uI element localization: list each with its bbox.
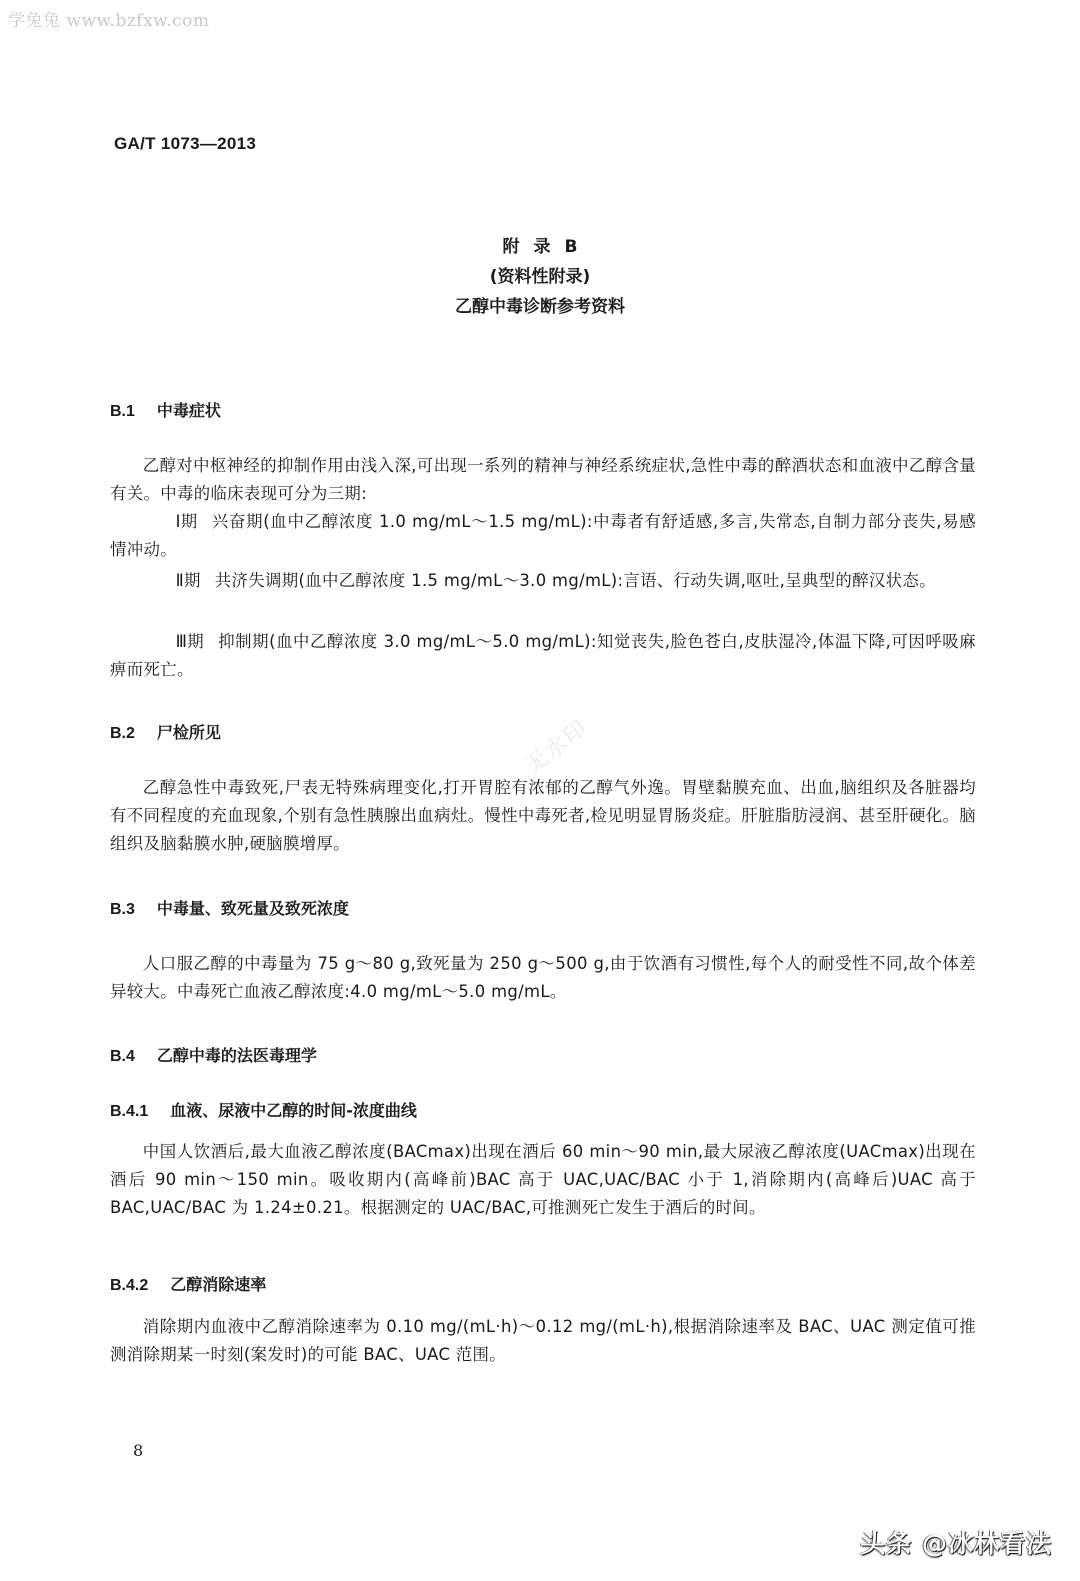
paragraph-stage-3: Ⅲ期抑制期(血中乙醇浓度 3.0 mg/mL～5.0 mg/mL):知觉丧失,脸… — [110, 628, 976, 684]
paragraph-b3: 人口服乙醇的中毒量为 75 g～80 g,致死量为 250 g～500 g,由于… — [110, 950, 976, 1006]
appendix-heading: 附录B (资料性附录) 乙醇中毒诊断参考资料 — [0, 232, 1080, 322]
section-heading-b4-1: B.4.1血液、尿液中乙醇的时间-浓度曲线 — [110, 1098, 417, 1121]
section-number: B.4.2 — [110, 1277, 148, 1295]
section-title: 尸检所见 — [157, 723, 221, 742]
center-watermark: 无水印 — [518, 711, 594, 780]
paragraph-b2: 乙醇急性中毒致死,尸表无特殊病理变化,打开胃腔有浓郁的乙醇气外逸。胃壁黏膜充血、… — [110, 774, 976, 858]
stage-text: 兴奋期(血中乙醇浓度 1.0 mg/mL～1.5 mg/mL):中毒者有舒适感,… — [110, 512, 976, 559]
section-title: 中毒量、致死量及致死浓度 — [157, 899, 349, 918]
paragraph-b1-intro: 乙醇对中枢神经的抑制作用由浅入深,可出现一系列的精神与神经系统症状,急性中毒的醉… — [110, 452, 976, 508]
section-number: B.4.1 — [110, 1103, 148, 1121]
section-heading-b4-2: B.4.2乙醇消除速率 — [110, 1272, 266, 1295]
section-heading-b3: B.3中毒量、致死量及致死浓度 — [110, 896, 349, 919]
section-heading-b4: B.4乙醇中毒的法医毒理学 — [110, 1043, 317, 1066]
paragraph-stage-2: Ⅱ期共济失调期(血中乙醇浓度 1.5 mg/mL～3.0 mg/mL):言语、行… — [110, 567, 976, 595]
section-title: 乙醇中毒的法医毒理学 — [157, 1046, 317, 1065]
appendix-label: 附录B — [0, 232, 1080, 262]
section-number: B.4 — [110, 1048, 135, 1066]
document-code: GA/T 1073—2013 — [114, 134, 256, 154]
section-heading-b2: B.2尸检所见 — [110, 720, 221, 743]
page-number: 8 — [133, 1441, 143, 1460]
appendix-type: (资料性附录) — [0, 262, 1080, 292]
stage-label: Ⅱ期 — [143, 567, 201, 595]
section-title: 乙醇消除速率 — [170, 1275, 266, 1294]
section-title: 中毒症状 — [157, 401, 221, 420]
section-number: B.3 — [110, 901, 135, 919]
paragraph-stage-1: Ⅰ期兴奋期(血中乙醇浓度 1.0 mg/mL～1.5 mg/mL):中毒者有舒适… — [110, 508, 976, 564]
stage-text: 共济失调期(血中乙醇浓度 1.5 mg/mL～3.0 mg/mL):言语、行动失… — [215, 571, 936, 590]
appendix-title: 乙醇中毒诊断参考资料 — [0, 292, 1080, 322]
section-number: B.1 — [110, 403, 135, 421]
platform-watermark: 头条 @冰林看法 — [860, 1524, 1052, 1560]
paragraph-b4-1: 中国人饮酒后,最大血液乙醇浓度(BACmax)出现在酒后 60 min～90 m… — [110, 1138, 976, 1222]
section-title: 血液、尿液中乙醇的时间-浓度曲线 — [170, 1101, 417, 1120]
section-heading-b1: B.1中毒症状 — [110, 398, 221, 421]
site-watermark: 学兔兔 www.bzfxw.com — [8, 6, 209, 31]
stage-label: Ⅲ期 — [143, 628, 204, 656]
stage-text: 抑制期(血中乙醇浓度 3.0 mg/mL～5.0 mg/mL):知觉丧失,脸色苍… — [110, 632, 976, 679]
stage-label: Ⅰ期 — [143, 508, 198, 536]
section-number: B.2 — [110, 725, 135, 743]
paragraph-b4-2: 消除期内血液中乙醇消除速率为 0.10 mg/(mL·h)～0.12 mg/(m… — [110, 1313, 976, 1369]
